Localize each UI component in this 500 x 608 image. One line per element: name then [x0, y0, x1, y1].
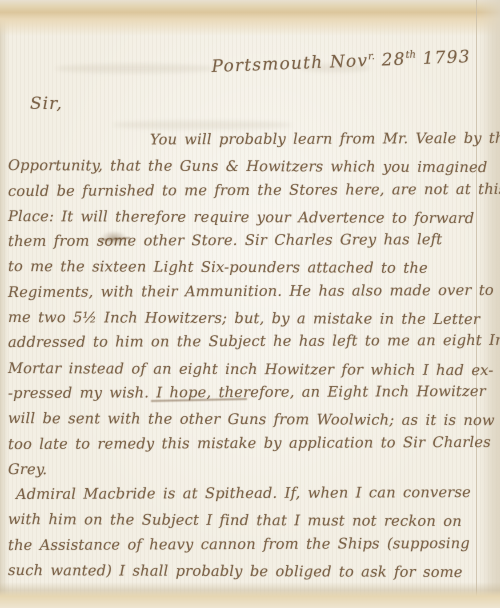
letter-body: You will probably learn from Mr. Veale b…: [8, 128, 495, 583]
dateline-part: 28: [375, 50, 406, 71]
letter-line: You will probably learn from Mr. Veale b…: [8, 126, 495, 153]
letter-line: them from some other Store. Sir Charles …: [8, 227, 495, 254]
letter-page: Portsmouth Novr. 28th 1793 Sir, You will…: [0, 0, 500, 608]
letter-dateline: Portsmouth Novr. 28th 1793: [211, 47, 471, 77]
letter-line: Admiral Macbride is at Spithead. If, whe…: [8, 480, 495, 507]
paper-fold-bottom-crease: [0, 582, 500, 608]
letter-line: too late to remedy this mistake by appli…: [8, 429, 495, 456]
letter-line: -pressed my wish. I hope, therefore, an …: [8, 379, 495, 406]
dateline-part: Portsmouth Nov: [211, 51, 368, 77]
dateline-superscript: th: [405, 50, 416, 61]
letter-line: addressed to him on the Subject he has l…: [8, 328, 495, 355]
letter-line: could be furnished to me from the Stores…: [8, 176, 495, 203]
letter-line: Regiments, with their Ammunition. He has…: [8, 278, 495, 305]
ink-showthrough: [55, 64, 215, 73]
paper-fold-top: [0, 0, 500, 36]
letter-salutation: Sir,: [30, 94, 63, 114]
dateline-part: 1793: [416, 47, 471, 69]
letter-line: the Assistance of heavy cannon from the …: [8, 531, 495, 558]
